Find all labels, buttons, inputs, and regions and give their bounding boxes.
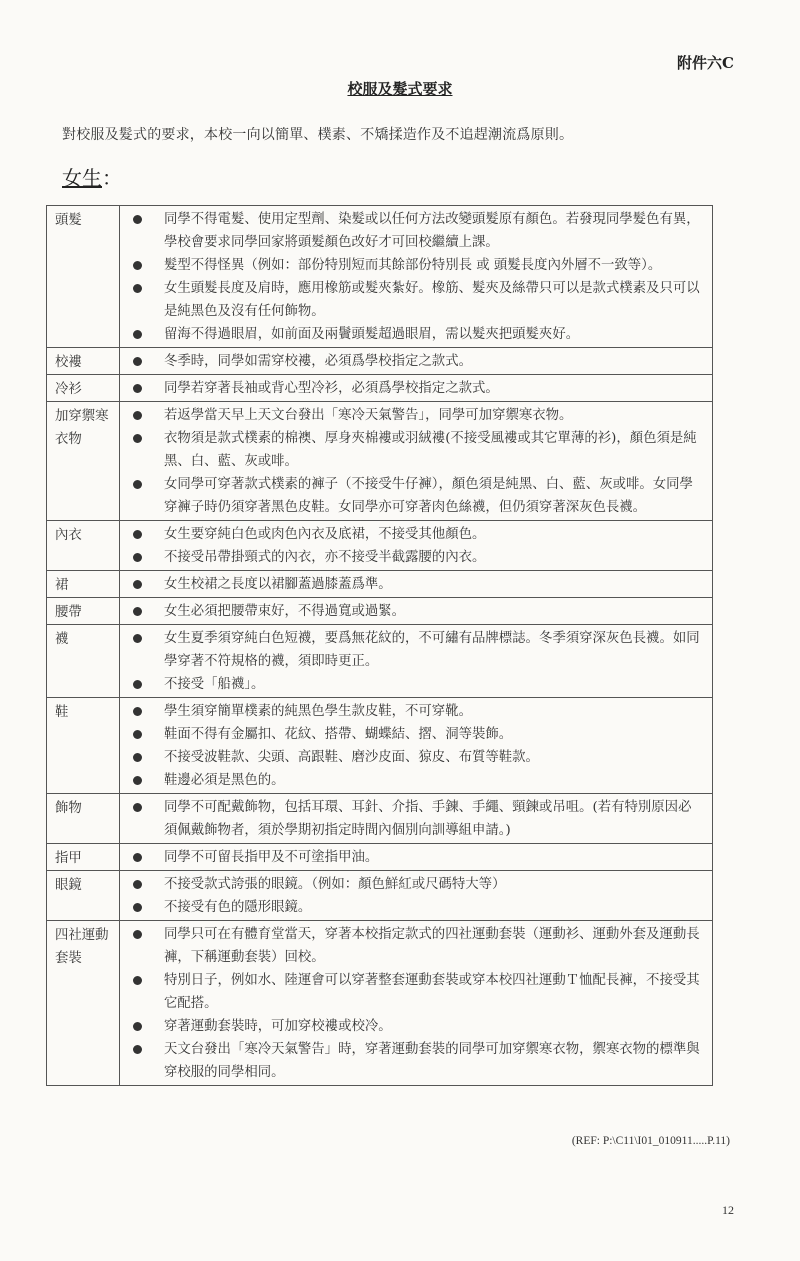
bullet-item: 留海不得過眼眉，如前面及兩鬢頭髮超過眼眉，需以髮夾把頭髮夾好。 bbox=[126, 323, 704, 346]
rule-category: 襪 bbox=[47, 625, 120, 698]
document-title: 校服及髮式要求 bbox=[0, 78, 800, 99]
bullet-item: 不接受吊帶掛頸式的內衣，亦不接受半截露腰的內衣。 bbox=[126, 546, 704, 569]
bullet-item: 不接受有色的隱形眼鏡。 bbox=[126, 896, 704, 919]
rule-category: 校褸 bbox=[47, 348, 120, 375]
bullet-item: 同學只可在有體育堂當天，穿著本校指定款式的四社運動套裝（運動衫、運動外套及運動長… bbox=[126, 923, 704, 969]
rule-items-cell: 不接受款式誇張的眼鏡。（例如：顏色鮮紅或尺碼特大等）不接受有色的隱形眼鏡。 bbox=[120, 871, 713, 921]
bullet-list: 同學不得電髮、使用定型劑、染髮或以任何方法改變頭髮原有顏色。若發現同學髮色有異，… bbox=[126, 208, 704, 346]
bullet-list: 女生夏季須穿純白色短襪，要爲無花紋的，不可繡有品牌標誌。冬季須穿深灰色長襪。如同… bbox=[126, 627, 704, 696]
bullet-list: 同學若穿著長袖或背心型冷衫，必須爲學校指定之款式。 bbox=[126, 377, 704, 400]
bullet-item: 女生夏季須穿純白色短襪，要爲無花紋的，不可繡有品牌標誌。冬季須穿深灰色長襪。如同… bbox=[126, 627, 704, 673]
bullet-item: 同學不可配戴飾物，包括耳環、耳針、介指、手鍊、手繩、頸鍊或吊咀。(若有特別原因必… bbox=[126, 796, 704, 842]
rule-items-cell: 若返學當天早上天文台發出「寒冷天氣警告」，同學可加穿禦寒衣物。衣物須是款式樸素的… bbox=[120, 402, 713, 521]
rule-row: 冷衫同學若穿著長袖或背心型冷衫，必須爲學校指定之款式。 bbox=[47, 375, 713, 402]
bullet-item: 女生頭髮長度及肩時，應用橡筋或髮夾紮好。橡筋、髮夾及絲帶只可以是款式樸素及只可以… bbox=[126, 277, 704, 323]
rules-table: 頭髮同學不得電髮、使用定型劑、染髮或以任何方法改變頭髮原有顏色。若發現同學髮色有… bbox=[46, 205, 713, 1086]
page-number: 12 bbox=[722, 1203, 734, 1218]
annex-label: 附件六C bbox=[677, 52, 734, 73]
rule-row: 校褸冬季時，同學如需穿校褸，必須爲學校指定之款式。 bbox=[47, 348, 713, 375]
bullet-item: 學生須穿簡單樸素的純黑色學生款皮鞋，不可穿靴。 bbox=[126, 700, 704, 723]
bullet-list: 同學只可在有體育堂當天，穿著本校指定款式的四社運動套裝（運動衫、運動外套及運動長… bbox=[126, 923, 704, 1084]
bullet-item: 不接受款式誇張的眼鏡。（例如：顏色鮮紅或尺碼特大等） bbox=[126, 873, 704, 896]
rule-row: 加穿禦寒衣物若返學當天早上天文台發出「寒冷天氣警告」，同學可加穿禦寒衣物。衣物須… bbox=[47, 402, 713, 521]
rule-row: 鞋學生須穿簡單樸素的純黑色學生款皮鞋，不可穿靴。鞋面不得有金屬扣、花紋、搭帶、蝴… bbox=[47, 698, 713, 794]
rule-row: 襪女生夏季須穿純白色短襪，要爲無花紋的，不可繡有品牌標誌。冬季須穿深灰色長襪。如… bbox=[47, 625, 713, 698]
rule-row: 飾物同學不可配戴飾物，包括耳環、耳針、介指、手鍊、手繩、頸鍊或吊咀。(若有特別原… bbox=[47, 794, 713, 844]
bullet-item: 同學若穿著長袖或背心型冷衫，必須爲學校指定之款式。 bbox=[126, 377, 704, 400]
bullet-item: 同學不得電髮、使用定型劑、染髮或以任何方法改變頭髮原有顏色。若發現同學髮色有異，… bbox=[126, 208, 704, 254]
rule-category: 指甲 bbox=[47, 844, 120, 871]
bullet-item: 女生要穿純白色或肉色內衣及底裙，不接受其他顏色。 bbox=[126, 523, 704, 546]
rule-category: 眼鏡 bbox=[47, 871, 120, 921]
bullet-list: 女生要穿純白色或肉色內衣及底裙，不接受其他顏色。不接受吊帶掛頸式的內衣，亦不接受… bbox=[126, 523, 704, 569]
bullet-list: 女生必須把腰帶束好，不得過寬或過緊。 bbox=[126, 600, 704, 623]
rule-items-cell: 女生校裙之長度以裙腳蓋過膝蓋爲準。 bbox=[120, 571, 713, 598]
intro-paragraph: 對校服及髮式的要求，本校一向以簡單、樸素、不矯揉造作及不追趕潮流爲原則。 bbox=[62, 124, 573, 144]
bullet-list: 不接受款式誇張的眼鏡。（例如：顏色鮮紅或尺碼特大等）不接受有色的隱形眼鏡。 bbox=[126, 873, 704, 919]
bullet-list: 女生校裙之長度以裙腳蓋過膝蓋爲準。 bbox=[126, 573, 704, 596]
bullet-list: 若返學當天早上天文台發出「寒冷天氣警告」，同學可加穿禦寒衣物。衣物須是款式樸素的… bbox=[126, 404, 704, 519]
bullet-item: 若返學當天早上天文台發出「寒冷天氣警告」，同學可加穿禦寒衣物。 bbox=[126, 404, 704, 427]
bullet-list: 同學不可留長指甲及不可塗指甲油。 bbox=[126, 846, 704, 869]
bullet-item: 冬季時，同學如需穿校褸，必須爲學校指定之款式。 bbox=[126, 350, 704, 373]
rule-category: 冷衫 bbox=[47, 375, 120, 402]
rule-category: 四社運動套裝 bbox=[47, 921, 120, 1086]
rule-category: 頭髮 bbox=[47, 206, 120, 348]
section-colon: ： bbox=[102, 166, 122, 190]
bullet-item: 女生校裙之長度以裙腳蓋過膝蓋爲準。 bbox=[126, 573, 704, 596]
bullet-list: 同學不可配戴飾物，包括耳環、耳針、介指、手鍊、手繩、頸鍊或吊咀。(若有特別原因必… bbox=[126, 796, 704, 842]
rules-table-body: 頭髮同學不得電髮、使用定型劑、染髮或以任何方法改變頭髮原有顏色。若發現同學髮色有… bbox=[47, 206, 713, 1086]
rule-items-cell: 同學不得電髮、使用定型劑、染髮或以任何方法改變頭髮原有顏色。若發現同學髮色有異，… bbox=[120, 206, 713, 348]
rule-category: 飾物 bbox=[47, 794, 120, 844]
bullet-item: 髮型不得怪異（例如：部份特別短而其餘部份特別長 或 頭髮長度內外層不一致等）。 bbox=[126, 254, 704, 277]
rule-category: 裙 bbox=[47, 571, 120, 598]
bullet-item: 同學不可留長指甲及不可塗指甲油。 bbox=[126, 846, 704, 869]
bullet-item: 衣物須是款式樸素的棉襖、厚身夾棉褸或羽絨褸(不接受風褸或其它單薄的衫)，顏色須是… bbox=[126, 427, 704, 473]
reference-note: (REF: P:\C11\I01_010911.....P.11) bbox=[572, 1135, 730, 1147]
bullet-item: 女生必須把腰帶束好，不得過寬或過緊。 bbox=[126, 600, 704, 623]
rule-category: 加穿禦寒衣物 bbox=[47, 402, 120, 521]
bullet-item: 不接受「船襪」。 bbox=[126, 673, 704, 696]
rule-row: 指甲同學不可留長指甲及不可塗指甲油。 bbox=[47, 844, 713, 871]
rule-row: 頭髮同學不得電髮、使用定型劑、染髮或以任何方法改變頭髮原有顏色。若發現同學髮色有… bbox=[47, 206, 713, 348]
rule-items-cell: 女生夏季須穿純白色短襪，要爲無花紋的，不可繡有品牌標誌。冬季須穿深灰色長襪。如同… bbox=[120, 625, 713, 698]
rule-row: 裙女生校裙之長度以裙腳蓋過膝蓋爲準。 bbox=[47, 571, 713, 598]
rule-items-cell: 學生須穿簡單樸素的純黑色學生款皮鞋，不可穿靴。鞋面不得有金屬扣、花紋、搭帶、蝴蝶… bbox=[120, 698, 713, 794]
rule-category: 鞋 bbox=[47, 698, 120, 794]
rule-row: 眼鏡不接受款式誇張的眼鏡。（例如：顏色鮮紅或尺碼特大等）不接受有色的隱形眼鏡。 bbox=[47, 871, 713, 921]
bullet-item: 穿著運動套裝時，可加穿校褸或校冷。 bbox=[126, 1015, 704, 1038]
bullet-list: 冬季時，同學如需穿校褸，必須爲學校指定之款式。 bbox=[126, 350, 704, 373]
bullet-list: 學生須穿簡單樸素的純黑色學生款皮鞋，不可穿靴。鞋面不得有金屬扣、花紋、搭帶、蝴蝶… bbox=[126, 700, 704, 792]
rule-items-cell: 同學不可留長指甲及不可塗指甲油。 bbox=[120, 844, 713, 871]
bullet-item: 鞋面不得有金屬扣、花紋、搭帶、蝴蝶結、摺、洞等裝飾。 bbox=[126, 723, 704, 746]
rule-items-cell: 冬季時，同學如需穿校褸，必須爲學校指定之款式。 bbox=[120, 348, 713, 375]
bullet-item: 特別日子，例如水、陸運會可以穿著整套運動套裝或穿本校四社運動Ｔ恤配長褲，不接受其… bbox=[126, 969, 704, 1015]
section-label: 女生 bbox=[62, 166, 102, 190]
rule-items-cell: 同學若穿著長袖或背心型冷衫，必須爲學校指定之款式。 bbox=[120, 375, 713, 402]
bullet-item: 女同學可穿著款式樸素的褲子（不接受牛仔褲），顏色須是純黑、白、藍、灰或啡。女同學… bbox=[126, 473, 704, 519]
bullet-item: 不接受波鞋款、尖頭、高跟鞋、磨沙皮面、猄皮、布質等鞋款。 bbox=[126, 746, 704, 769]
rule-items-cell: 同學只可在有體育堂當天，穿著本校指定款式的四社運動套裝（運動衫、運動外套及運動長… bbox=[120, 921, 713, 1086]
bullet-item: 鞋邊必須是黑色的。 bbox=[126, 769, 704, 792]
rule-items-cell: 女生要穿純白色或肉色內衣及底裙，不接受其他顏色。不接受吊帶掛頸式的內衣，亦不接受… bbox=[120, 521, 713, 571]
rule-category: 內衣 bbox=[47, 521, 120, 571]
rule-items-cell: 女生必須把腰帶束好，不得過寬或過緊。 bbox=[120, 598, 713, 625]
rule-row: 腰帶女生必須把腰帶束好，不得過寬或過緊。 bbox=[47, 598, 713, 625]
section-heading-girls: 女生： bbox=[62, 162, 122, 191]
rule-row: 四社運動套裝同學只可在有體育堂當天，穿著本校指定款式的四社運動套裝（運動衫、運動… bbox=[47, 921, 713, 1086]
bullet-item: 天文台發出「寒冷天氣警告」時，穿著運動套裝的同學可加穿禦寒衣物，禦寒衣物的標準與… bbox=[126, 1038, 704, 1084]
rule-category: 腰帶 bbox=[47, 598, 120, 625]
rule-row: 內衣女生要穿純白色或肉色內衣及底裙，不接受其他顏色。不接受吊帶掛頸式的內衣，亦不… bbox=[47, 521, 713, 571]
rule-items-cell: 同學不可配戴飾物，包括耳環、耳針、介指、手鍊、手繩、頸鍊或吊咀。(若有特別原因必… bbox=[120, 794, 713, 844]
